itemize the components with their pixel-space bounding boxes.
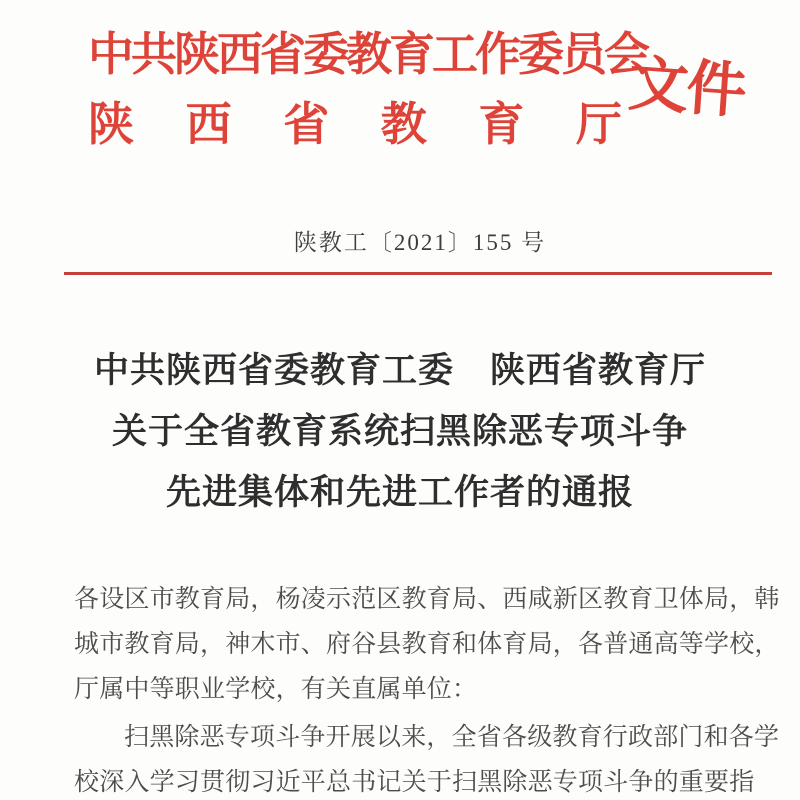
agency-name-line1: 中共陕西省委教育工作委员会: [88, 18, 647, 84]
agency-name-line2: 陕西省教育厅: [88, 88, 622, 154]
document-title: 中共陕西省委教育工委 陕西省教育厅 关于全省教育系统扫黑除恶专项斗争 先进集体和…: [0, 340, 800, 523]
red-divider-line: [64, 272, 772, 275]
body-line: 城市教育局，神木市、府谷县教育和体育局，各普通高等学校，: [74, 622, 786, 667]
recipients-paragraph: 各设区市教育局，杨凌示范区教育局、西咸新区教育卫体局，韩 城市教育局，神木市、府…: [74, 577, 786, 712]
intro-paragraph: 扫黑除恶专项斗争开展以来，全省各级教育行政部门和各学 校深入学习贯彻习近平总书记…: [74, 715, 786, 800]
body-line: 扫黑除恶专项斗争开展以来，全省各级教育行政部门和各学: [74, 715, 786, 760]
body-line: 厅属中等职业学校，有关直属单位：: [74, 667, 786, 712]
body-line: 各设区市教育局，杨凌示范区教育局、西咸新区教育卫体局，韩: [74, 577, 786, 622]
document-number: 陕教工〔2021〕155 号: [0, 224, 800, 257]
document-body: 各设区市教育局，杨凌示范区教育局、西咸新区教育卫体局，韩 城市教育局，神木市、府…: [74, 577, 786, 800]
title-line-2: 关于全省教育系统扫黑除恶专项斗争: [0, 401, 800, 462]
title-line-1: 中共陕西省委教育工委 陕西省教育厅: [0, 340, 800, 401]
title-line-3: 先进集体和先进工作者的通报: [0, 462, 800, 523]
document-page: 中共陕西省委教育工作委员会 陕西省教育厅 文件 陕教工〔2021〕155 号 中…: [0, 0, 800, 800]
body-line: 校深入学习贯彻习近平总书记关于扫黑除恶专项斗争的重要指: [74, 760, 786, 800]
doc-type-label: 文件: [626, 36, 748, 130]
